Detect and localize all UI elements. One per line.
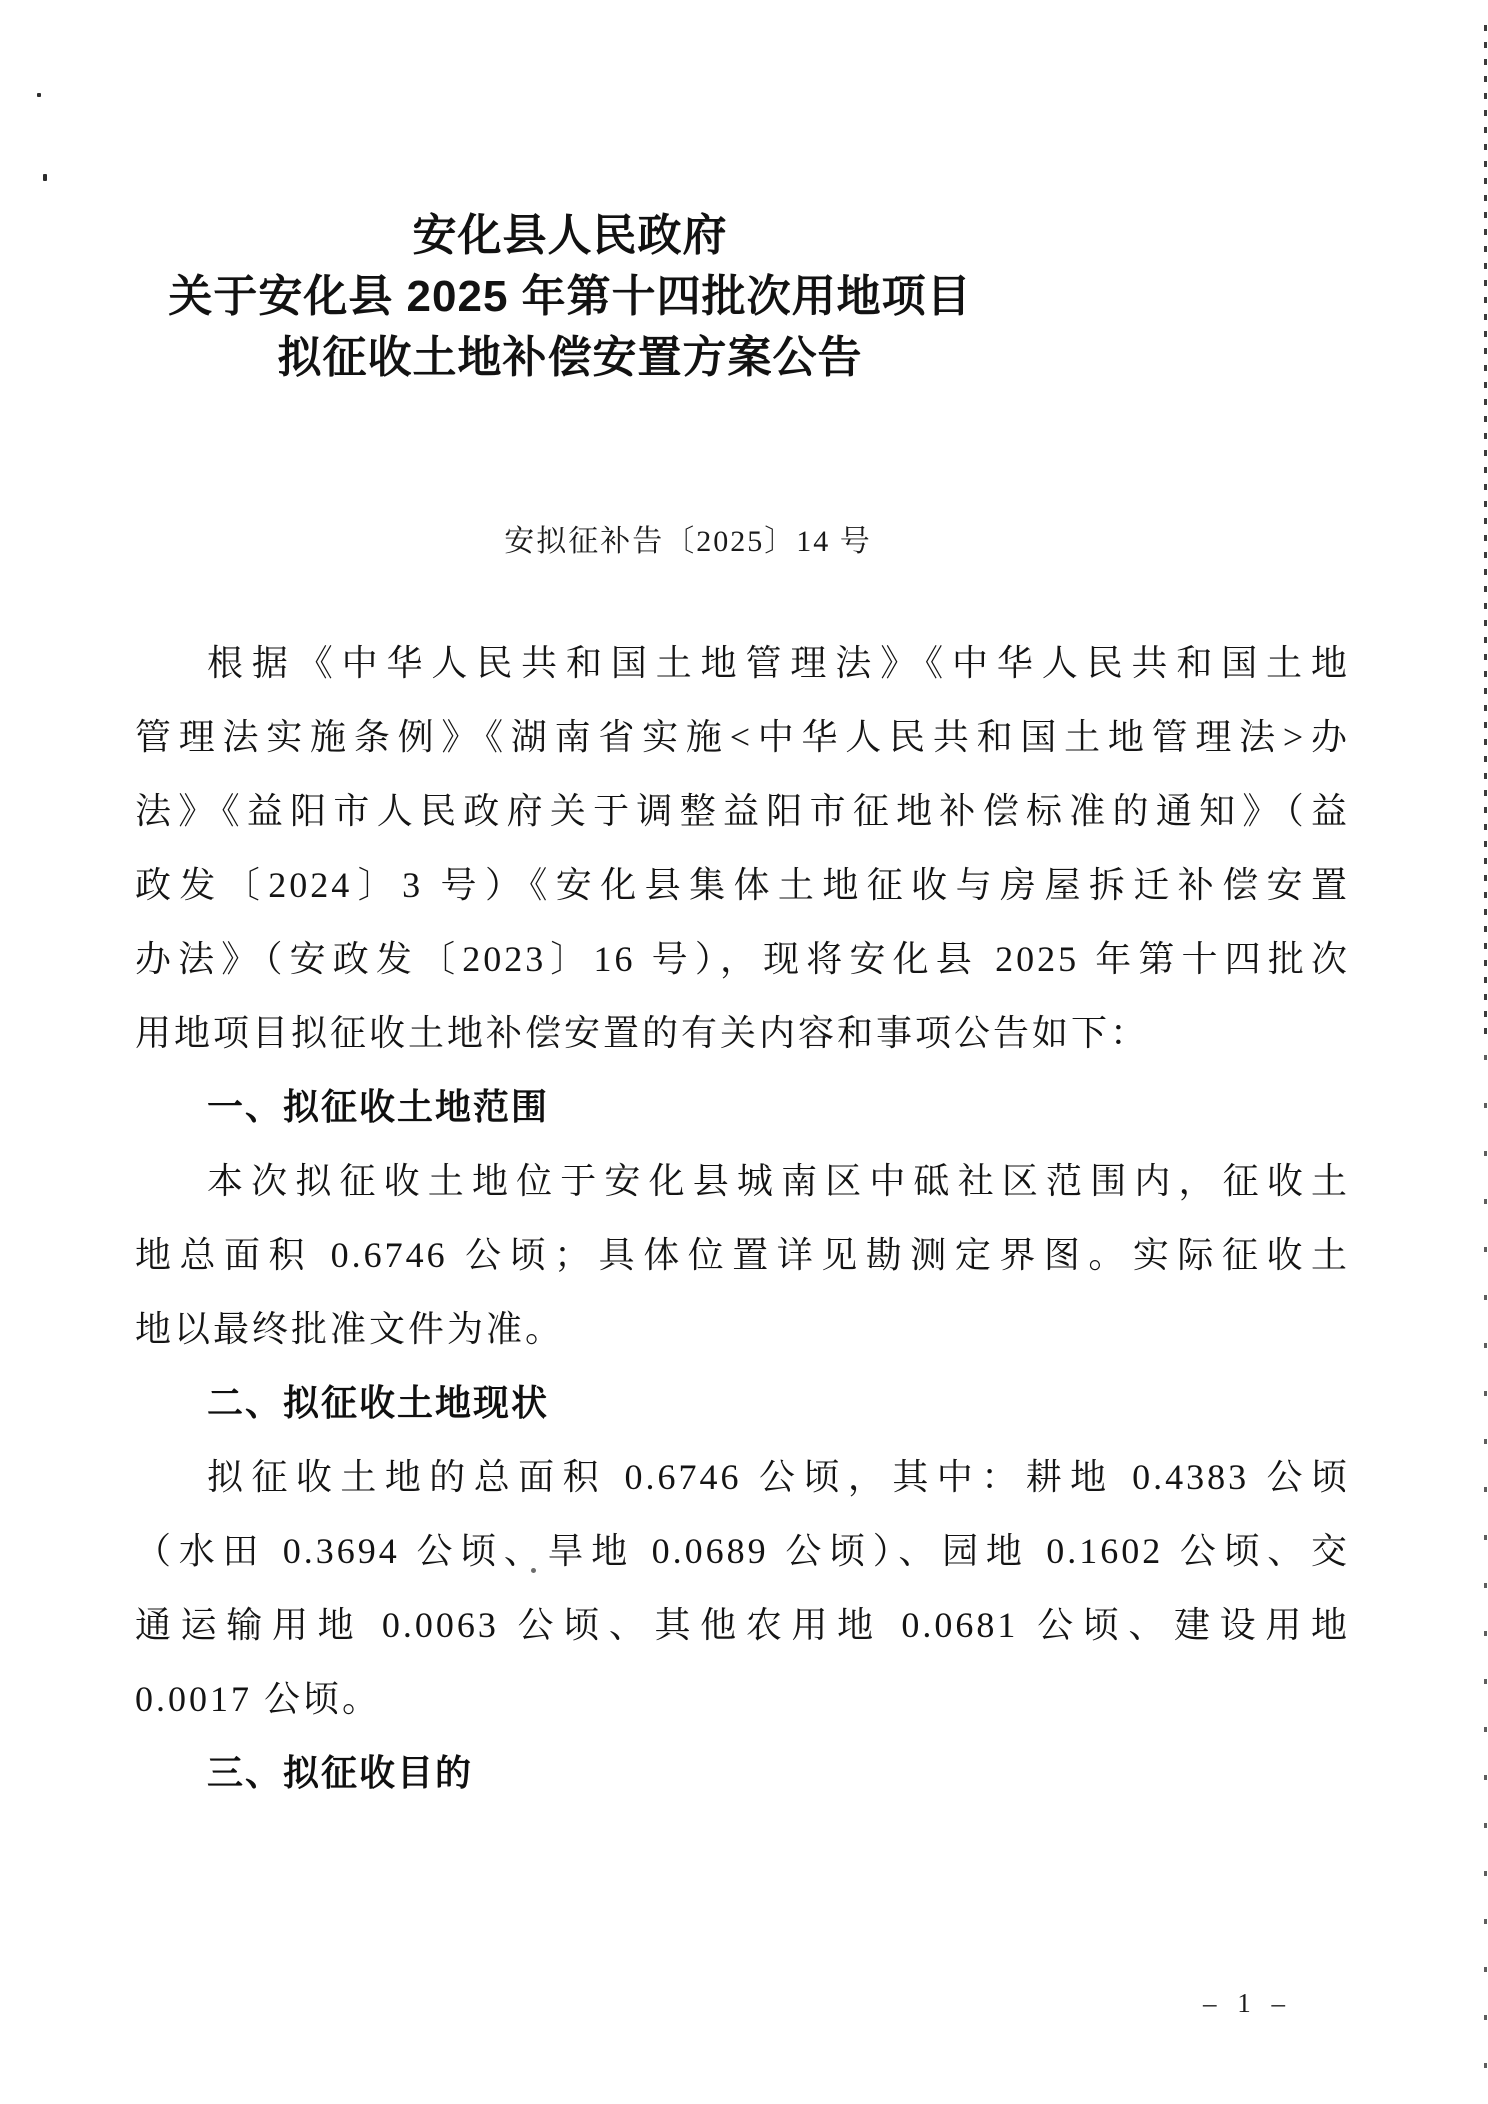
document-line: 法》《益阳市人民政府关于调整益阳市征地补偿标准的通知》（益 bbox=[135, 774, 1350, 848]
document-line: 根据《中华人民共和国土地管理法》《中华人民共和国土地 bbox=[135, 626, 1350, 700]
section-heading: 三、拟征收目的 bbox=[135, 1736, 1350, 1810]
document-line: 地以最终批准文件为准。 bbox=[135, 1292, 1350, 1366]
scan-edge-artifact bbox=[1484, 25, 1487, 1035]
document-line: （水田 0.3694 公顷、旱地 0.0689 公顷）、园地 0.1602 公顷… bbox=[135, 1514, 1350, 1588]
section-heading: 二、拟征收土地现状 bbox=[135, 1366, 1350, 1440]
title-line-1: 安化县人民政府 bbox=[0, 205, 1150, 266]
document-page: 安化县人民政府 关于安化县 2025 年第十四批次用地项目 拟征收土地补偿安置方… bbox=[0, 0, 1488, 2104]
document-line: 通运输用地 0.0063 公顷、其他农用地 0.0681 公顷、建设用地 bbox=[135, 1588, 1350, 1662]
scan-speck bbox=[531, 1568, 536, 1573]
page-number: – 1 – bbox=[1203, 1988, 1292, 2019]
title-line-3: 拟征收土地补偿安置方案公告 bbox=[0, 327, 1150, 388]
scan-speck bbox=[43, 174, 47, 181]
document-body: 根据《中华人民共和国土地管理法》《中华人民共和国土地管理法实施条例》《湖南省实施… bbox=[135, 626, 1350, 1810]
title-line-2: 关于安化县 2025 年第十四批次用地项目 bbox=[0, 266, 1150, 327]
document-line: 本次拟征收土地位于安化县城南区中砥社区范围内，征收土 bbox=[135, 1144, 1350, 1218]
document-line: 拟征收土地的总面积 0.6746 公顷，其中：耕地 0.4383 公顷 bbox=[135, 1440, 1350, 1514]
section-heading: 一、拟征收土地范围 bbox=[135, 1070, 1350, 1144]
document-title: 安化县人民政府 关于安化县 2025 年第十四批次用地项目 拟征收土地补偿安置方… bbox=[0, 205, 1150, 388]
document-line: 用地项目拟征收土地补偿安置的有关内容和事项公告如下： bbox=[135, 996, 1350, 1070]
scan-speck bbox=[37, 93, 41, 97]
document-line: 政发〔2024〕3 号）《安化县集体土地征收与房屋拆迁补偿安置 bbox=[135, 848, 1350, 922]
document-line: 地总面积 0.6746 公顷；具体位置详见勘测定界图。实际征收土 bbox=[135, 1218, 1350, 1292]
document-number: 安拟征补告〔2025〕14 号 bbox=[0, 516, 1376, 560]
document-line: 0.0017 公顷。 bbox=[135, 1662, 1350, 1736]
document-line: 管理法实施条例》《湖南省实施<中华人民共和国土地管理法>办 bbox=[135, 700, 1350, 774]
document-line: 办法》（安政发〔2023〕16 号），现将安化县 2025 年第十四批次 bbox=[135, 922, 1350, 996]
scan-edge-artifact bbox=[1484, 1055, 1487, 2085]
